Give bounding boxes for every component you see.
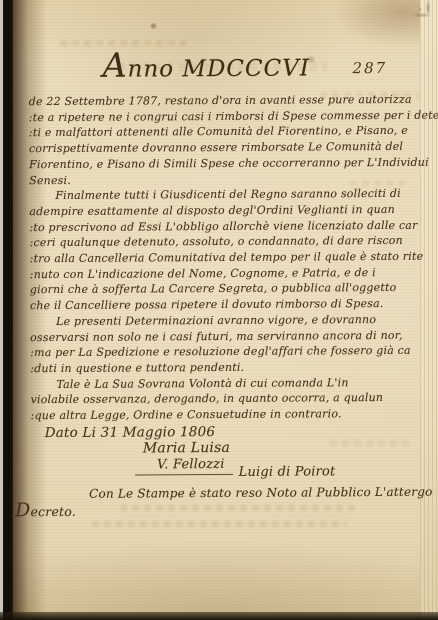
handwritten-text-layer: Anno MDCCCVI 287 de 22 Settembre 1787, r… — [0, 0, 438, 620]
body-text: de 22 Settembre 1787, restano d'ora in a… — [29, 92, 432, 520]
signature-maria-luisa: Maria Luisa — [143, 440, 431, 457]
text-line: violabile osservanza, derogando, in quan… — [31, 390, 431, 408]
page-number: 287 — [352, 59, 387, 77]
page-header: Anno MDCCCVI 287 — [0, 51, 437, 94]
paragraph-4: Tale è La Sua Sovrana Volontà di cui com… — [30, 374, 430, 424]
paragraph-3: Le presenti Determinazioni avranno vigor… — [30, 312, 430, 377]
paragraph-2: Finalmente tutti i Giusdicenti del Regno… — [29, 186, 430, 314]
text-line: :ma per La Spedizione e resoluzione degl… — [30, 343, 430, 361]
text-line: :que altra Legge, Ordine e Consuetudine … — [31, 406, 431, 424]
signature-row: V. FellozziLuigi di Poirot — [135, 456, 431, 476]
publication-note: Con Le Stampe è stato reso Noto al Pubbl… — [89, 485, 431, 503]
manuscript-photo: Anno MDCCCVI 287 de 22 Settembre 1787, r… — [0, 0, 438, 620]
year-heading: Anno MDCCCVI — [102, 51, 310, 82]
decreto-word: Decreto. — [15, 500, 431, 519]
signature-poirot: Luigi di Poirot — [239, 464, 336, 480]
dateline: Dato Li 31 Maggio 1806 — [45, 423, 431, 441]
bottom-shadow-band — [0, 612, 438, 620]
signature-fellozzi: V. Fellozzi — [135, 457, 233, 475]
text-line: Le presenti Determinazioni avranno vigor… — [30, 312, 430, 330]
text-line: adempire esattamente al disposto degl'Or… — [29, 202, 429, 220]
text-line: Fiorentino, e Pisano di Simili Spese che… — [29, 155, 429, 173]
paragraph-1: de 22 Settembre 1787, restano d'ora in a… — [29, 92, 430, 189]
